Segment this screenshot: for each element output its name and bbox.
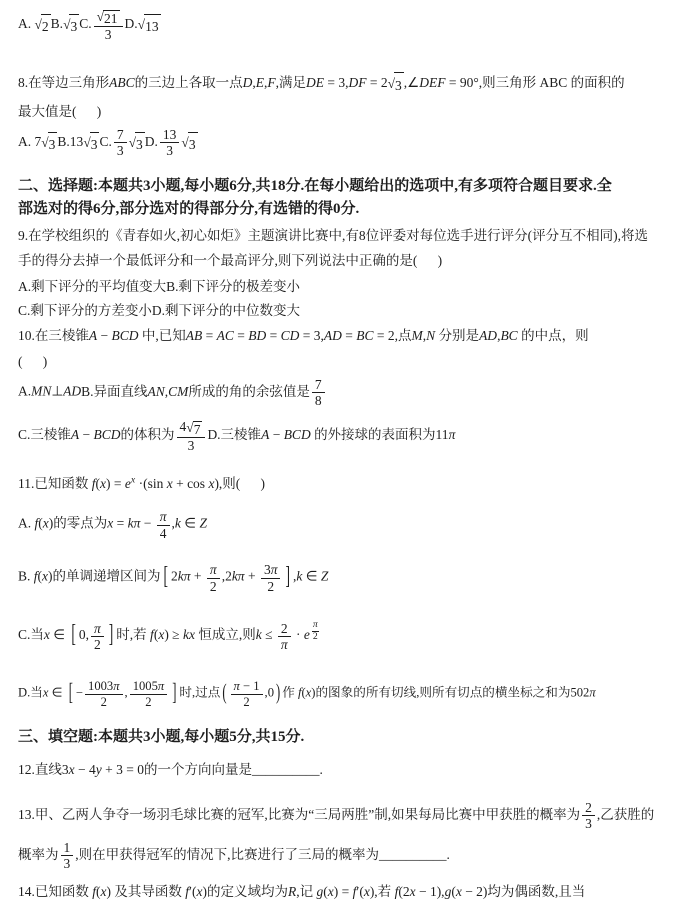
q13-stem-line-2: 概率为13,则在甲获得冠军的情况下,比赛进行了三局的概率为__________. [18,835,678,875]
q12-stem-line-1: 12.直线3x − 4y + 3 = 0的一个方向向量是__________. [18,757,678,783]
q11-option-c: C.当x ∈ [0,π2]时,若 f(x) ≥ kx 恒成立,则k ≤ 2π ·… [18,611,678,661]
q9-options-cd-item-0: C.剩下评分的方差变小 [18,303,152,318]
q11-stem: 11.已知函数 f(x) = ex ·(sin x + cos x),则( ) [18,471,678,497]
q11-option-a-line-1: A. f(x)的零点为x = kπ − π4,k ∈ Z [18,509,207,540]
q11-option-d: D.当x ∈ [−1003π2,1005π2]时,过点(π − 12,0)作 f… [18,671,678,717]
q8-stem: 8.在等边三角形ABC的三边上各取一点D,E,F,满足DE = 3,DF = 2… [18,70,678,125]
q10-options-ab-item-0: A.MN⊥AD [18,384,81,399]
document-content: A. √2B.√3C.√213D.√138.在等边三角形ABC的三边上各取一点D… [18,8,678,905]
q7-options-item-0: A. √2 [18,16,51,31]
q9-options-cd-item-1: D.剩下评分的中位数变大 [152,303,300,318]
section-2-header-line-2: 部选对的得6分,部分选对的得部分分,有选错的得0分. [18,198,678,221]
q9-stem-line-2: 手的得分去掉一个最低评分和一个最高评分,则下列说法中正确的是( ) [18,248,678,273]
q9-options-ab: A.剩下评分的平均值变大B.剩下评分的极差变小 [18,275,678,299]
section-2-header: 二、选择题:本题共3小题,每小题6分,共18分.在每小题给出的选项中,有多项符合… [18,175,678,221]
q9-stem-line-1: 9.在学校组织的《青春如火,初心如炬》主题演讲比赛中,有8位评委对每位选手进行评… [18,223,678,248]
q8-options-item-3: D.133√3 [145,134,198,149]
q14-stem-line-1: 14.已知函数 f(x) 及其导函数 f′(x)的定义域均为R,记 g(x) =… [18,879,678,905]
exam-paper-page: A. √2B.√3C.√213D.√138.在等边三角形ABC的三边上各取一点D… [0,0,692,909]
q9-options-cd: C.剩下评分的方差变小D.剩下评分的中位数变大 [18,299,678,323]
q10-stem-line-1: 10.在三棱锥A − BCD 中,已知AB = AC = BD = CD = 3… [18,323,678,349]
q7-options-item-1: B.√3 [51,16,80,31]
q13-stem: 13.甲、乙两人争夺一场羽毛球比赛的冠军,比赛为“三局两胜”制,如果每局比赛中甲… [18,795,678,875]
q10-options-cd: C.三棱锥A − BCD的体积为4√73D.三棱锥A − BCD 的外接球的表面… [18,419,678,465]
q11-stem-line-1: 11.已知函数 f(x) = ex ·(sin x + cos x),则( ) [18,471,678,497]
q11-option-b: B. f(x)的单调递增区间为[2kπ + π2,2kπ + 3π2],k ∈ … [18,555,678,601]
section-2-header-line-1: 二、选择题:本题共3小题,每小题6分,共18分.在每小题给出的选项中,有多项符合… [18,175,678,198]
q9-options-ab-item-1: B.剩下评分的极差变小 [166,279,300,294]
q10-options-cd-item-1: D.三棱锥A − BCD 的外接球的表面积为11π [207,427,455,442]
q8-options-item-2: C.73√3 [99,134,144,149]
q8-options-item-1: B.13√3 [57,134,99,149]
q7-options-item-2: C.√213 [79,16,124,31]
q10-options-ab-item-1: B.异面直线AN,CM所成的角的余弦值是78 [81,384,327,399]
q8-options-item-0: A. 7√3 [18,134,57,149]
q14-stem: 14.已知函数 f(x) 及其导函数 f′(x)的定义域均为R,记 g(x) =… [18,879,678,905]
q7-options-item-3: D.√13 [125,16,161,31]
q13-stem-line-1: 13.甲、乙两人争夺一场羽毛球比赛的冠军,比赛为“三局两胜”制,如果每局比赛中甲… [18,795,678,835]
q11-option-b-line-1: B. f(x)的单调递增区间为[2kπ + π2,2kπ + 3π2],k ∈ … [18,562,328,593]
q7-options: A. √2B.√3C.√213D.√13 [18,8,678,56]
q10-options-cd-item-0: C.三棱锥A − BCD的体积为4√73 [18,427,207,442]
q11-option-a: A. f(x)的零点为x = kπ − π4,k ∈ Z [18,505,678,545]
section-3-header: 三、填空题:本题共3小题,每小题5分,共15分. [18,725,678,749]
section-3-header-line-1: 三、填空题:本题共3小题,每小题5分,共15分. [18,725,678,749]
q12-stem: 12.直线3x − 4y + 3 = 0的一个方向向量是__________. [18,757,678,783]
q8-options: A. 7√3B.13√3C.73√3D.133√3 [18,127,678,171]
q11-option-c-line-1: C.当x ∈ [0,π2]时,若 f(x) ≥ kx 恒成立,则k ≤ 2π ·… [18,620,321,652]
q9-options-ab-item-0: A.剩下评分的平均值变大 [18,279,166,294]
q8-stem-line-1: 8.在等边三角形ABC的三边上各取一点D,E,F,满足DE = 3,DF = 2… [18,70,678,99]
q10-options-ab: A.MN⊥ADB.异面直线AN,CM所成的角的余弦值是78 [18,377,678,419]
q11-option-d-line-1: D.当x ∈ [−1003π2,1005π2]时,过点(π − 12,0)作 f… [18,679,596,708]
q9-stem: 9.在学校组织的《青春如火,初心如炬》主题演讲比赛中,有8位评委对每位选手进行评… [18,223,678,273]
q10-stem: 10.在三棱锥A − BCD 中,已知AB = AC = BD = CD = 3… [18,323,678,375]
q10-stem-line-2: ( ) [18,349,678,375]
q8-stem-line-2: 最大值是( ) [18,99,678,125]
